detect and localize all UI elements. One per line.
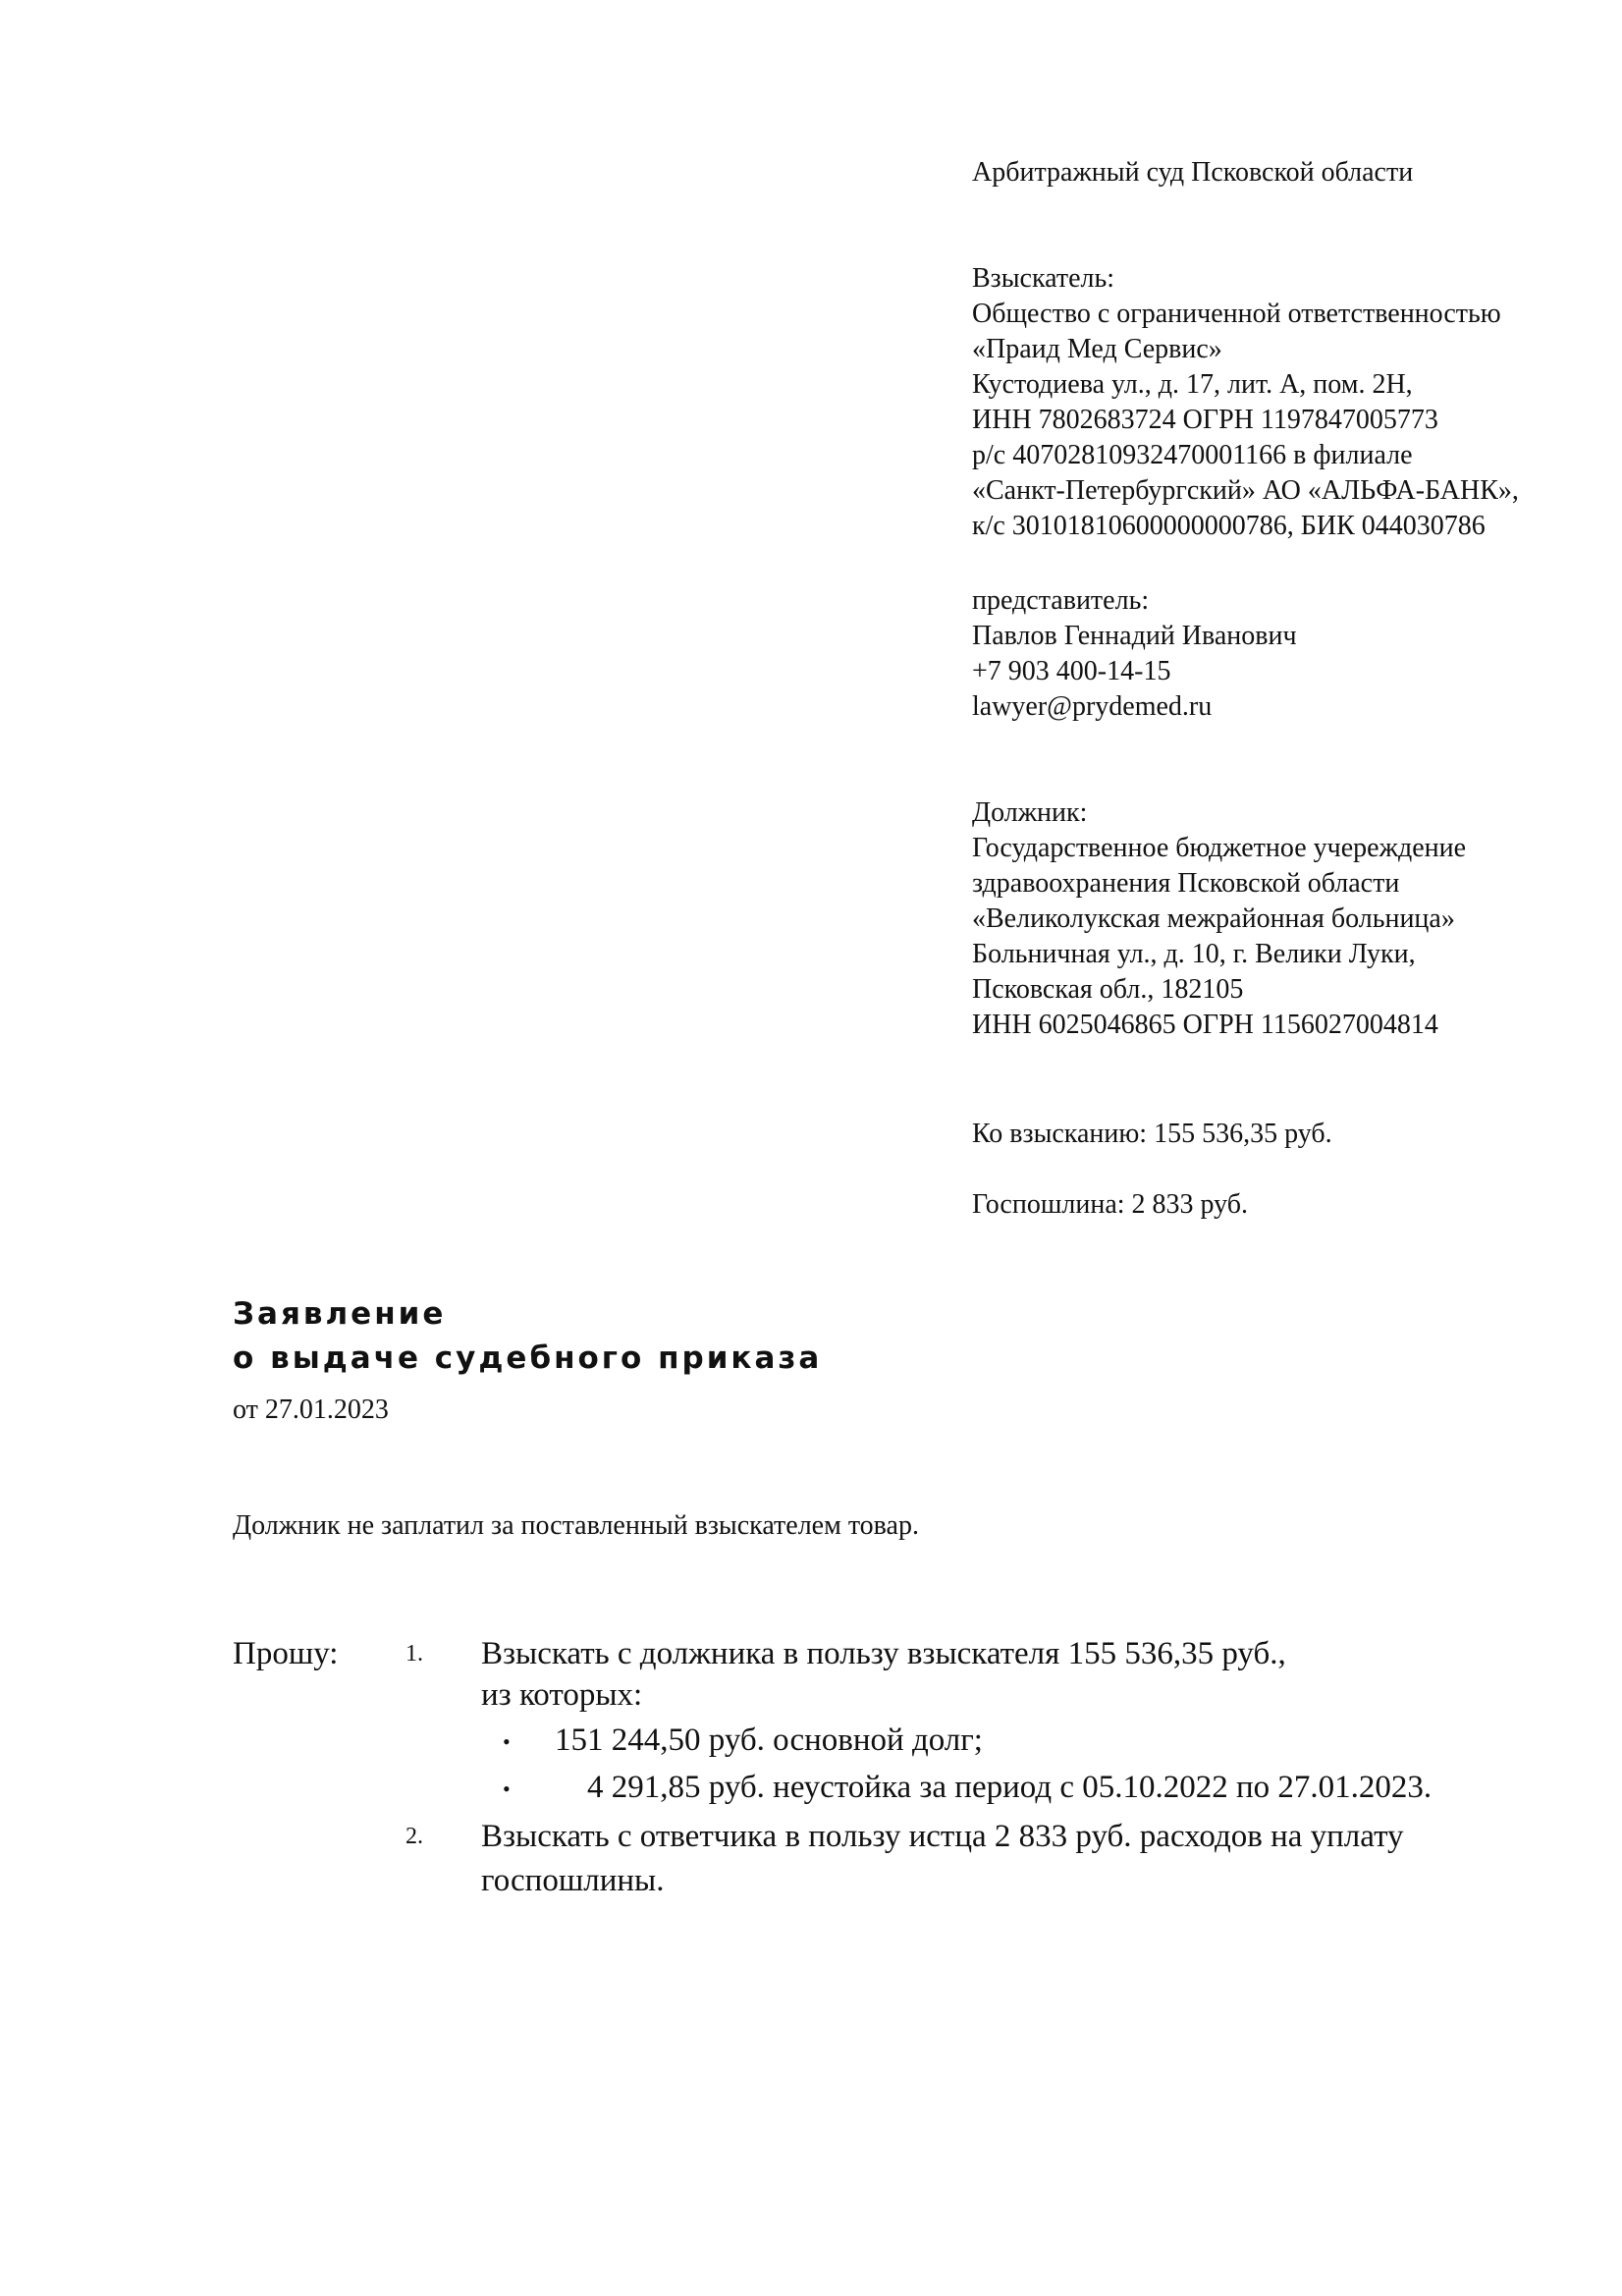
request-item-text: госпошлины. bbox=[481, 1861, 664, 1900]
claimant-line: ИНН 7802683724 ОГРН 1197847005773 bbox=[972, 403, 1519, 438]
state-fee: Госпошлина: 2 833 руб. bbox=[972, 1187, 1248, 1223]
claimant-label: Взыскатель: bbox=[972, 261, 1519, 297]
request-bullet-text: 4 291,85 руб. неустойка за период с 05.1… bbox=[587, 1768, 1432, 1807]
bullet-icon: • bbox=[503, 1722, 511, 1762]
debtor-line: ИНН 6025046865 ОГРН 1156027004814 bbox=[972, 1008, 1466, 1043]
representative-block: представитель: Павлов Геннадий Иванович … bbox=[972, 583, 1297, 725]
request-item-text: Взыскать с должника в пользу взыскателя … bbox=[481, 1634, 1286, 1673]
request-item-text: из которых: bbox=[481, 1675, 642, 1715]
debtor-line: Псковская обл., 182105 bbox=[972, 972, 1466, 1008]
debtor-line: здравоохранения Псковской области bbox=[972, 866, 1466, 902]
intro-text: Должник не заплатил за поставленный взыс… bbox=[233, 1508, 919, 1544]
claimant-line: «Праид Мед Сервис» bbox=[972, 332, 1519, 367]
document-date: от 27.01.2023 bbox=[233, 1393, 389, 1428]
representative-label: представитель: bbox=[972, 583, 1297, 619]
title-line-1: Заявление bbox=[233, 1292, 822, 1337]
debtor-line: «Великолукская межрайонная больница» bbox=[972, 902, 1466, 937]
court-name: Арбитражный суд Псковской области bbox=[972, 155, 1413, 191]
representative-phone: +7 903 400-14-15 bbox=[972, 654, 1297, 689]
claimant-line: Кустодиева ул., д. 17, лит. А, пом. 2Н, bbox=[972, 367, 1519, 403]
bullet-icon: • bbox=[503, 1770, 511, 1809]
claimant-line: «Санкт-Петербургский» АО «АЛЬФА-БАНК», bbox=[972, 473, 1519, 509]
request-bullet-text: 151 244,50 руб. основной долг; bbox=[555, 1721, 983, 1760]
claimant-line: р/с 40702810932470001166 в филиале bbox=[972, 438, 1519, 473]
representative-name: Павлов Геннадий Иванович bbox=[972, 619, 1297, 654]
claimant-block: Взыскатель: Общество с ограниченной отве… bbox=[972, 261, 1519, 544]
debtor-block: Должник: Государственное бюджетное учере… bbox=[972, 795, 1466, 1043]
debtor-line: Государственное бюджетное учереждение bbox=[972, 831, 1466, 866]
claim-amount: Ко взысканию: 155 536,35 руб. bbox=[972, 1117, 1332, 1152]
debtor-line: Больничная ул., д. 10, г. Велики Луки, bbox=[972, 937, 1466, 972]
request-item-number: 1. bbox=[405, 1634, 423, 1673]
title-line-2: о выдаче судебного приказа bbox=[233, 1337, 822, 1381]
representative-email: lawyer@prydemed.ru bbox=[972, 689, 1297, 725]
claimant-line: Общество с ограниченной ответственностью bbox=[972, 297, 1519, 332]
request-label: Прошу: bbox=[233, 1634, 338, 1673]
claimant-line: к/с 30101810600000000786, БИК 044030786 bbox=[972, 509, 1519, 544]
request-item-number: 2. bbox=[405, 1817, 423, 1856]
request-item-text: Взыскать с ответчика в пользу истца 2 83… bbox=[481, 1817, 1404, 1856]
document-title: Заявление о выдаче судебного приказа bbox=[233, 1292, 822, 1381]
debtor-label: Должник: bbox=[972, 795, 1466, 831]
